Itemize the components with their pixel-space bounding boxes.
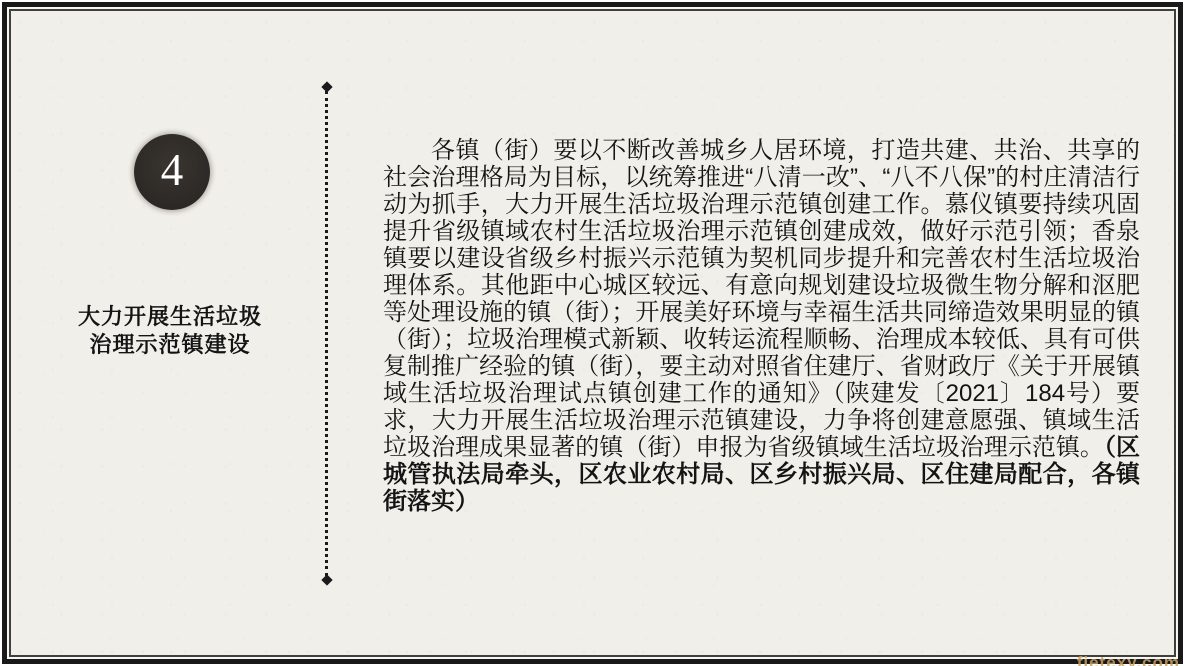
section-number: 4 (161, 148, 184, 197)
section-title-line1: 大力开展生活垃圾 (30, 303, 310, 331)
divider-diamond-bottom-icon (321, 574, 332, 585)
section-title: 大力开展生活垃圾 治理示范镇建设 (30, 303, 310, 359)
slide-content-area: 4 大力开展生活垃圾 治理示范镇建设 各镇（街）要以不断改善城乡人居环境，打造共… (11, 11, 1174, 655)
section-title-line2: 治理示范镇建设 (30, 331, 310, 359)
divider-dotted-line (325, 91, 328, 576)
watermark-text: fietexy.com (1077, 653, 1180, 666)
section-number-badge: 4 (134, 134, 210, 210)
body-paragraph: 各镇（街）要以不断改善城乡人居环境，打造共建、共治、共享的社会治理格局为目标，以… (383, 137, 1140, 515)
presentation-slide: 4 大力开展生活垃圾 治理示范镇建设 各镇（街）要以不断改善城乡人居环境，打造共… (0, 0, 1185, 666)
body-paragraph-regular: 各镇（街）要以不断改善城乡人居环境，打造共建、共治、共享的社会治理格局为目标，以… (383, 137, 1140, 461)
vertical-dotted-divider (322, 82, 332, 585)
